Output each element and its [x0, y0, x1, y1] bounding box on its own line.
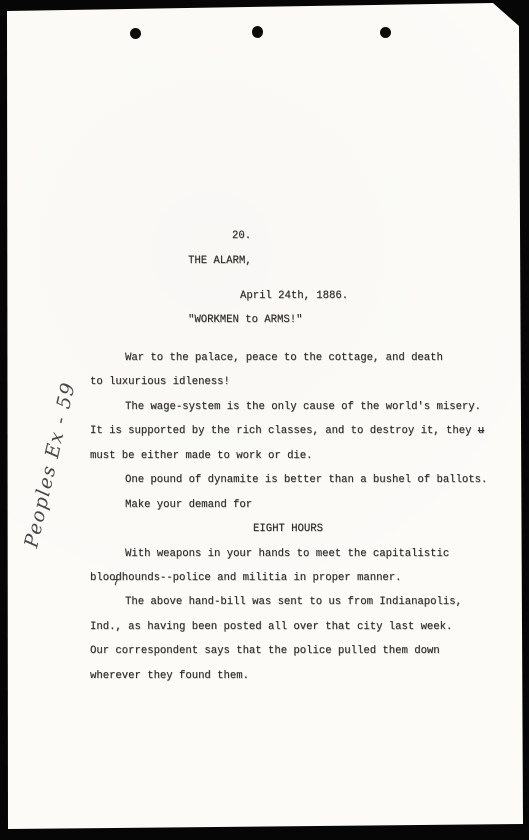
line-text: to luxurious idleness! [90, 376, 230, 388]
typewritten-line: wherever they found them. [90, 664, 515, 688]
typewritten-line: EIGHT HOURS [90, 517, 515, 541]
line-text: One pound of dynamite is better than a b… [125, 474, 487, 486]
line-text: Make your demand for [125, 499, 252, 511]
date-line: April 24th, 1886. [240, 290, 348, 303]
typewritten-line: One pound of dynamite is better than a b… [90, 468, 515, 492]
document-body: War to the palace, peace to the cottage,… [90, 346, 515, 688]
line-text: It is supported by the rich classes, and… [90, 425, 478, 437]
publication-title: THE ALARM, [188, 255, 252, 268]
margin-annotation: Peoples Ex - 59 [20, 389, 83, 551]
scan-background: 20. THE ALARM, April 24th, 1886. "WORKME… [0, 0, 529, 840]
page-number: 20. [232, 230, 251, 243]
line-text: The wage-system is the only cause of the… [125, 401, 481, 413]
line-text: EIGHT HOURS [253, 523, 323, 535]
punch-hole-icon [380, 27, 391, 38]
line-text: Ind., as having been posted all over tha… [90, 621, 452, 633]
typewritten-line: War to the palace, peace to the cottage,… [90, 346, 515, 370]
punch-hole-icon [252, 26, 263, 38]
line-text: War to the palace, peace to the cottage,… [125, 352, 443, 364]
typewritten-line: to luxurious idleness! [90, 370, 515, 394]
typewritten-line: It is supported by the rich classes, and… [90, 419, 515, 443]
line-text: wherever they found them. [90, 670, 249, 682]
typewritten-line: With weapons in your hands to meet the c… [90, 542, 515, 566]
typewritten-line: bloodhounds--police and militia in prope… [90, 566, 515, 590]
line-text: must be either made to work or die. [90, 450, 313, 462]
line-text: With weapons in your hands to meet the c… [125, 548, 449, 560]
document-page: 20. THE ALARM, April 24th, 1886. "WORKME… [0, 0, 529, 840]
headline: "WORKMEN to ARMS!" [188, 314, 302, 327]
typewritten-line: The above hand-bill was sent to us from … [90, 590, 515, 614]
struck-text: u [478, 425, 484, 437]
typewritten-line: Ind., as having been posted all over tha… [90, 615, 515, 639]
typewritten-line: Our correspondent says that the police p… [90, 639, 515, 663]
line-text: The above hand-bill was sent to us from … [125, 596, 462, 608]
punch-hole-icon [130, 28, 141, 39]
line-text: bloodhounds--police and militia in prope… [90, 572, 402, 584]
typewritten-line: Make your demand for [90, 493, 515, 517]
typewritten-line: The wage-system is the only cause of the… [90, 395, 515, 419]
typewritten-line: must be either made to work or die. [90, 444, 515, 468]
stray-mark: 7 [113, 579, 118, 588]
line-text: Our correspondent says that the police p… [90, 645, 440, 657]
